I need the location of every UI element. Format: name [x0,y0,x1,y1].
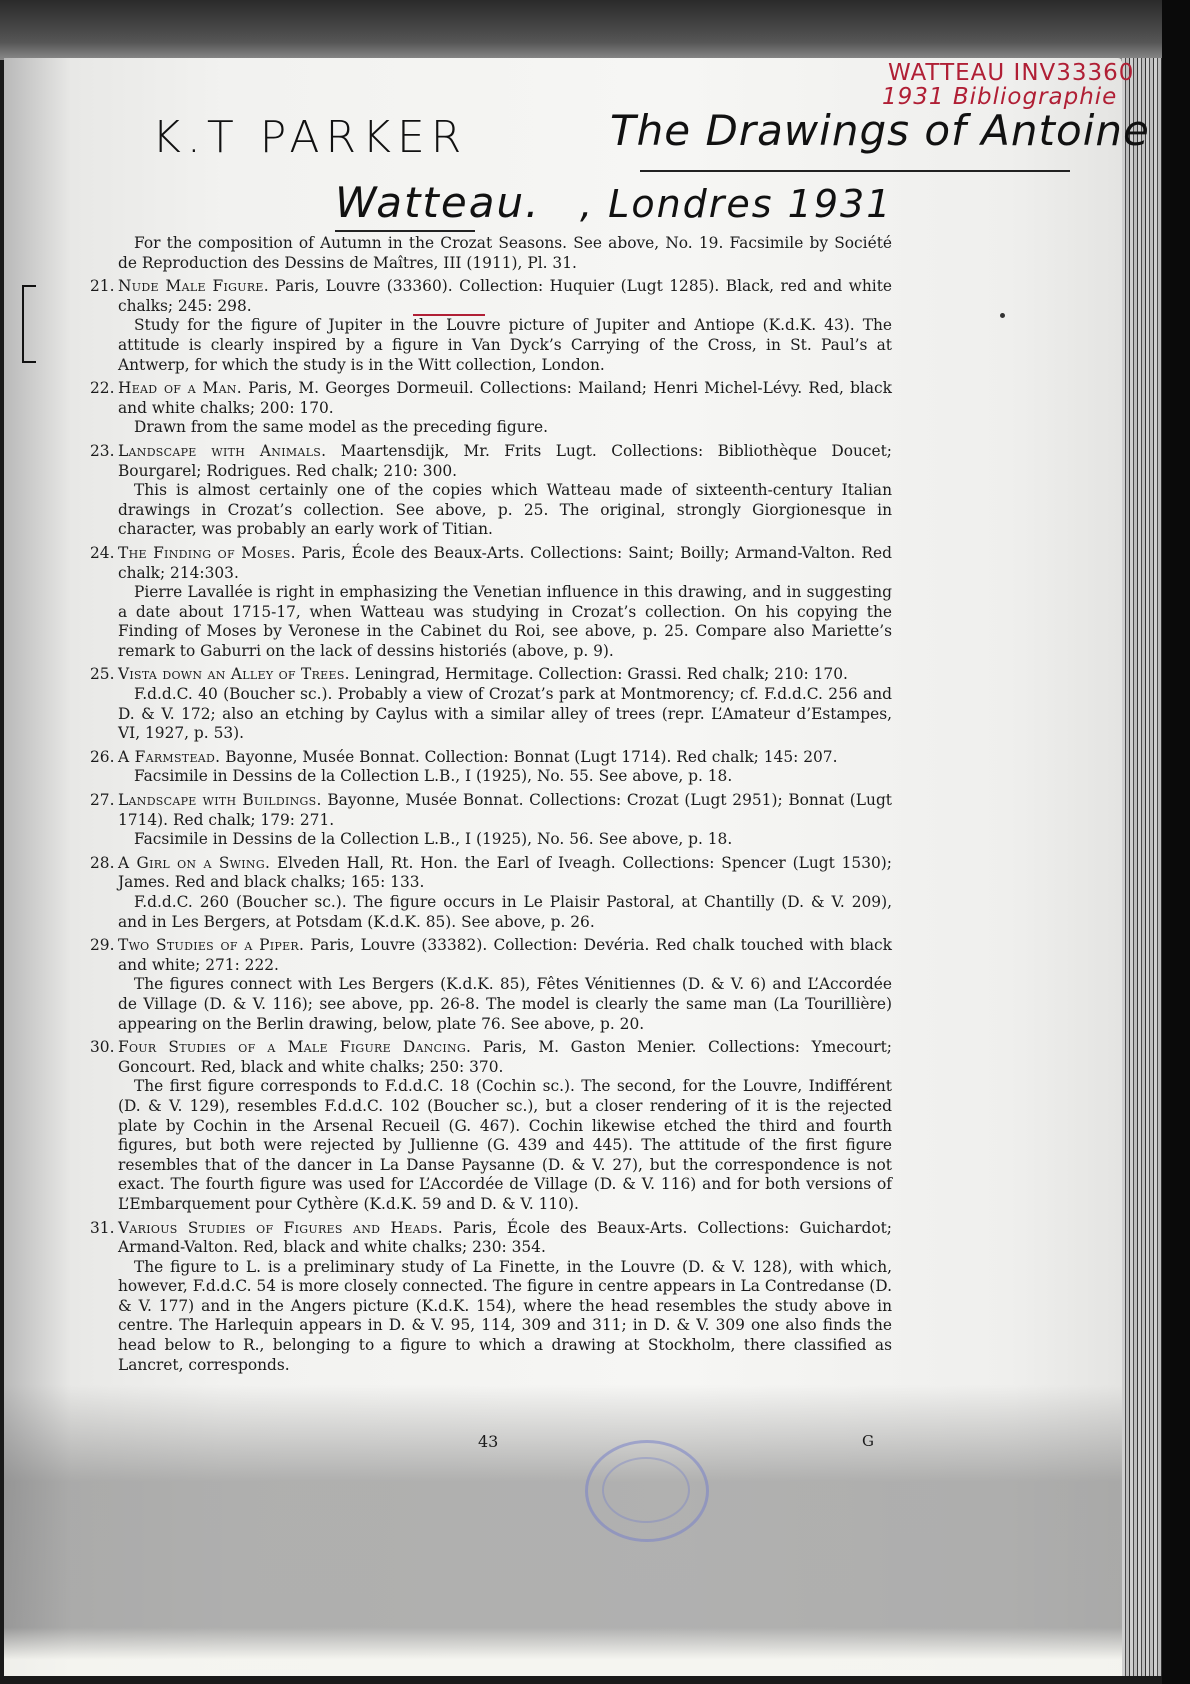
catalogue-entry-30: 30. Four Studies of a Male Figure Dancin… [92,1038,892,1214]
entry-title: Various Studies of Figures and Heads. [118,1219,443,1237]
entry-description: Facsimile in Dessins de la Collection L.… [118,767,892,787]
catalogue-entry-29: 29. Two Studies of a Piper. Paris, Louvr… [92,936,892,1034]
entry-number: 26. [90,748,114,768]
scan-border [1162,0,1190,1684]
entry-title: Vista down an Alley of Trees. [118,665,350,683]
signature-mark: G [862,1432,874,1450]
catalogue-entry-21: 21. Nude Male Figure. Paris, Louvre (333… [92,277,892,375]
entry-heading: Head of a Man. Paris, M. Georges Dormeui… [118,379,892,418]
entry-details: Bayonne, Musée Bonnat. Collection: Bonna… [225,748,837,766]
entry-details: Leningrad, Hermitage. Collection: Grassi… [355,665,848,683]
red-inventory-note: WATTEAU INV33360 [888,60,1134,86]
entry-description: The figure to L. is a preliminary study … [118,1258,892,1376]
entry-number: 31. [90,1219,114,1239]
entry-description: F.d.d.C. 40 (Boucher sc.). Probably a vi… [118,685,892,744]
entry-title: A Girl on a Swing. [118,854,270,872]
page-number: 43 [478,1432,498,1451]
entry-description: Study for the figure of Jupiter in the L… [118,316,892,375]
entry-title: Nude Male Figure. [118,277,269,295]
entry-heading: Landscape with Animals. Maartensdijk, Mr… [118,442,892,481]
catalogue-entry-25: 25. Vista down an Alley of Trees. Lening… [92,665,892,743]
entry-description: Pierre Lavallée is right in emphasizing … [118,583,892,661]
title-underline [640,170,1070,172]
entry-number: 30. [90,1038,114,1058]
entry-number: 22. [90,379,114,399]
catalogue-entry-23: 23. Landscape with Animals. Maartensdijk… [92,442,892,540]
entry-number: 25. [90,665,114,685]
handwritten-title: The Drawings of Antoine [610,106,1150,155]
entry-heading: Vista down an Alley of Trees. Leningrad,… [118,665,892,685]
entry-title: Landscape with Animals. [118,442,326,460]
entry-heading: Two Studies of a Piper. Paris, Louvre (3… [118,936,892,975]
catalogue-text: For the composition of Autumn in the Cro… [92,234,892,1379]
library-stamp-icon [585,1440,709,1542]
entry-heading: The Finding of Moses. Paris, École des B… [118,544,892,583]
entry-description: Facsimile in Dessins de la Collection L.… [118,830,892,850]
intro-text: For the composition of Autumn in the Cro… [118,234,892,273]
entry-description: Drawn from the same model as the precedi… [118,418,892,438]
catalogue-entry-31: 31. Various Studies of Figures and Heads… [92,1219,892,1376]
catalogue-entry-26: 26. A Farmstead. Bayonne, Musée Bonnat. … [92,748,892,787]
entry-description: F.d.d.C. 260 (Boucher sc.). The figure o… [118,893,892,932]
entry-title: Two Studies of a Piper. [118,936,304,954]
scan-top-shadow [0,0,1190,60]
catalogue-entry-28: 28. A Girl on a Swing. Elveden Hall, Rt.… [92,854,892,932]
entry-title: Four Studies of a Male Figure Dancing. [118,1038,471,1056]
entry-title: Landscape with Buildings. [118,791,322,809]
title-underline-2 [335,230,475,232]
entry-heading: Landscape with Buildings. Bayonne, Musée… [118,791,892,830]
catalogue-entry-22: 22. Head of a Man. Paris, M. Georges Dor… [92,379,892,438]
page-edges [1122,58,1162,1676]
entry-heading: Nude Male Figure. Paris, Louvre (33360).… [118,277,892,316]
handwritten-title-line2: Watteau. [335,178,540,227]
entry-heading: A Farmstead. Bayonne, Musée Bonnat. Coll… [118,748,892,768]
entry-number: 27. [90,791,114,811]
scanned-page: WATTEAU INV33360 1931 Bibliographie K.T … [0,0,1190,1684]
handwritten-author: K.T PARKER [152,112,467,163]
entry-number: 23. [90,442,114,462]
entry-title: The Finding of Moses. [118,544,296,562]
entry-number: 28. [90,854,114,874]
entry-heading: A Girl on a Swing. Elveden Hall, Rt. Hon… [118,854,892,893]
entry-description: This is almost certainly one of the copi… [118,481,892,540]
handwritten-city-year: , Londres 1931 [580,182,892,226]
entry-title: Head of a Man. [118,379,242,397]
entry-number: 24. [90,544,114,564]
entry-title: A Farmstead. [118,748,220,766]
intro-paragraph: For the composition of Autumn in the Cro… [92,234,892,273]
margin-dot [1000,313,1005,318]
entry-heading: Four Studies of a Male Figure Dancing. P… [118,1038,892,1077]
catalogue-entry-24: 24. The Finding of Moses. Paris, École d… [92,544,892,662]
entry-number: 29. [90,936,114,956]
entry-description: The first figure corresponds to F.d.d.C.… [118,1077,892,1214]
catalogue-entry-27: 27. Landscape with Buildings. Bayonne, M… [92,791,892,850]
entry-description: The figures connect with Les Bergers (K.… [118,975,892,1034]
entry-number: 21. [90,277,114,297]
entry-heading: Various Studies of Figures and Heads. Pa… [118,1219,892,1258]
margin-bracket [22,285,36,363]
